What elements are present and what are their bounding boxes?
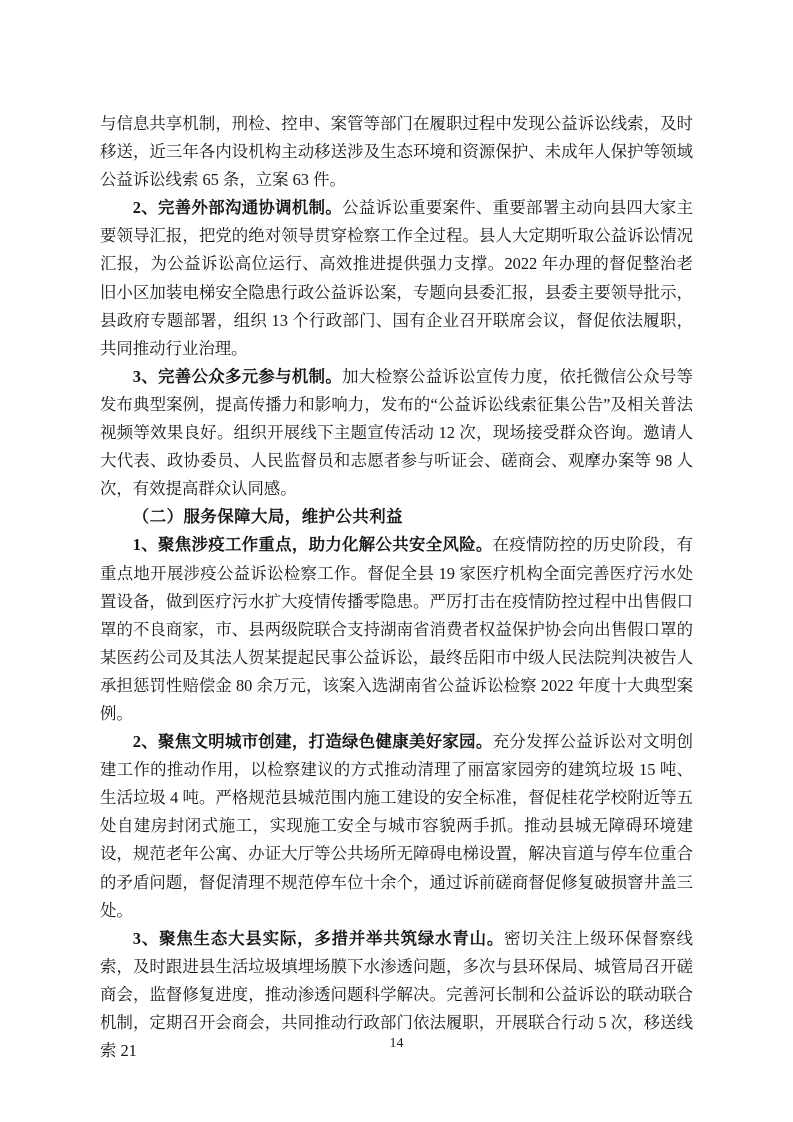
paragraph-text: 与信息共享机制，刑检、控申、案管等部门在履职过程中发现公益诉讼线索，及时移送，近… (100, 114, 693, 189)
paragraph-lead: 1、聚焦涉疫工作重点，助力化解公共安全风险。 (133, 535, 493, 554)
paragraph-text: 加大检察公益诉讼宣传力度，依托微信公众号等发布典型案例，提高传播力和影响力，发布… (100, 367, 693, 498)
paragraph: 1、聚焦涉疫工作重点，助力化解公共安全风险。在疫情防控的历史阶段，有重点地开展涉… (100, 531, 693, 728)
section-heading: （二）服务保障大局，维护公共利益 (100, 503, 693, 531)
paragraph-lead: 3、聚焦生态大县实际，多措并举共筑绿水青山。 (133, 929, 504, 948)
document-page: 与信息共享机制，刑检、控申、案管等部门在履职过程中发现公益诉讼线索，及时移送，近… (0, 0, 793, 1122)
paragraph-text: 在疫情防控的历史阶段，有重点地开展涉疫公益诉讼检察工作。督促全县 19 家医疗机… (100, 535, 693, 723)
paragraph-lead: 2、完善外部沟通协调机制。 (133, 198, 342, 217)
paragraph: 2、聚焦文明城市创建，打造绿色健康美好家园。充分发挥公益诉讼对文明创建工作的推动… (100, 728, 693, 925)
paragraph-text: 充分发挥公益诉讼对文明创建工作的推动作用，以检察建议的方式推动清理了丽富家园旁的… (100, 732, 693, 920)
paragraph: 2、完善外部沟通协调机制。公益诉讼重要案件、重要部署主动向县四大家主要领导汇报，… (100, 194, 693, 363)
page-number: 14 (0, 1036, 793, 1052)
document-body: 与信息共享机制，刑检、控申、案管等部门在履职过程中发现公益诉讼线索，及时移送，近… (100, 110, 693, 1065)
paragraph-lead: 3、完善公众多元参与机制。 (133, 367, 342, 386)
paragraph-lead: 2、聚焦文明城市创建，打造绿色健康美好家园。 (133, 732, 493, 751)
paragraph: 3、完善公众多元参与机制。加大检察公益诉讼宣传力度，依托微信公众号等发布典型案例… (100, 363, 693, 503)
paragraph-text: 公益诉讼重要案件、重要部署主动向县四大家主要领导汇报，把党的绝对领导贯穿检察工作… (100, 198, 693, 357)
paragraph-continuation: 与信息共享机制，刑检、控申、案管等部门在履职过程中发现公益诉讼线索，及时移送，近… (100, 110, 693, 194)
section-heading-text: （二）服务保障大局，维护公共利益 (133, 507, 403, 526)
